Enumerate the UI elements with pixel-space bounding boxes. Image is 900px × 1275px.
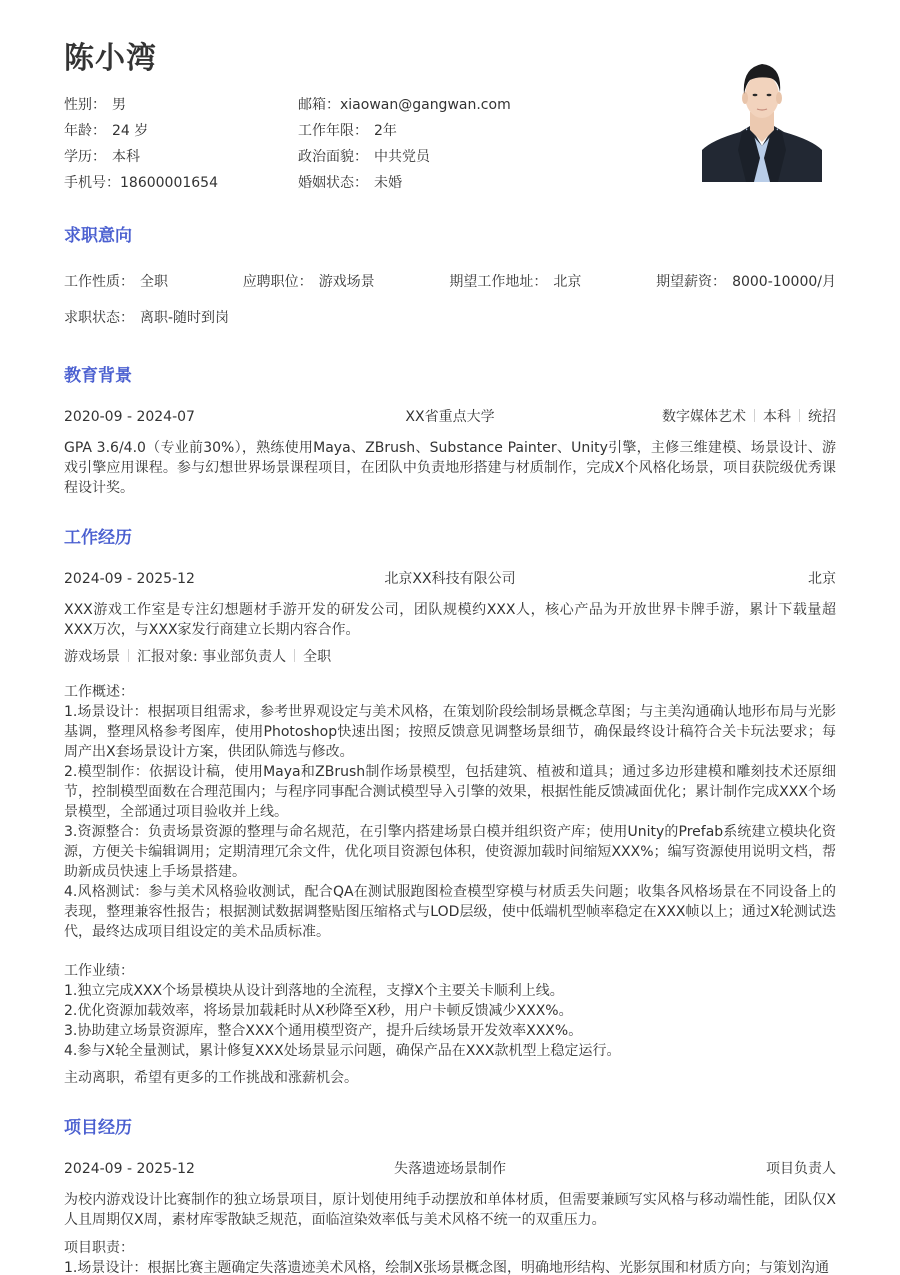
- overview-item: 1.场景设计：根据项目组需求，参考世界观设定与美术风格，在策划阶段绘制场景概念草…: [64, 702, 836, 762]
- project-name: 失落遗迹场景制作: [64, 1158, 836, 1180]
- work-tag-field: 游戏场景: [64, 649, 120, 665]
- phone-label: 手机号：: [64, 175, 120, 191]
- education-degree: 本科: [763, 409, 791, 425]
- education-tags: 数字媒体艺术本科统招: [662, 406, 836, 428]
- education-major: 数字媒体艺术: [662, 409, 746, 425]
- degree-label: 学历：: [64, 149, 106, 165]
- divider: [294, 649, 295, 662]
- work-company: 北京XX科技有限公司: [64, 568, 836, 590]
- portrait-icon: [702, 50, 822, 182]
- info-row: 年龄：24 岁 工作年限：2年: [64, 120, 584, 146]
- duties-label: 项目职责：: [64, 1238, 836, 1258]
- gender-value: 男: [112, 97, 126, 113]
- section-title-education: 教育背景: [64, 364, 132, 388]
- work-tag-type: 全职: [303, 649, 331, 665]
- political-status-label: 政治面貌：: [298, 149, 368, 165]
- work-years-value: 2年: [374, 123, 397, 139]
- overview-item: 2.模型制作：依据设计稿，使用Maya和ZBrush制作场景模型，包括建筑、植被…: [64, 762, 836, 822]
- intent-label: 应聘职位：: [243, 274, 313, 290]
- email-label: 邮箱：: [298, 97, 340, 113]
- candidate-name: 陈小湾: [64, 40, 157, 78]
- project-role: 项目负责人: [766, 1158, 836, 1180]
- work-achievements: 工作业绩： 1.独立完成XXX个场景模块从设计到落地的全流程，支撑X个主要关卡顺…: [64, 961, 836, 1061]
- education-description: GPA 3.6/4.0（专业前30%），熟练使用Maya、ZBrush、Subs…: [64, 438, 836, 498]
- job-status-value: 离职-随时到岗: [140, 310, 229, 326]
- project-header: 2024-09 - 2025-12 失落遗迹场景制作 项目负责人: [64, 1158, 836, 1180]
- achievement-item: 4.参与X轮全量测试，累计修复XXX处场景显示问题，确保产品在XXX款机型上稳定…: [64, 1041, 836, 1061]
- leave-reason: 主动离职，希望有更多的工作挑战和涨薪机会。: [64, 1068, 836, 1088]
- intent-job-type: 工作性质：全职: [64, 271, 168, 293]
- overview-item: 3.资源整合：负责场景资源的整理与命名规范，在引擎内搭建场景白模并组织资产库；使…: [64, 822, 836, 882]
- info-row: 性别：男 邮箱：xiaowan@gangwan.com: [64, 94, 584, 120]
- divider: [799, 409, 800, 422]
- work-location: 北京: [808, 568, 836, 590]
- achievement-item: 1.独立完成XXX个场景模块从设计到落地的全流程，支撑X个主要关卡顺利上线。: [64, 981, 836, 1001]
- intent-value: 北京: [553, 274, 581, 290]
- company-intro: XXX游戏工作室是专注幻想题材手游开发的研发公司，团队规模约XXX人，核心产品为…: [64, 600, 836, 640]
- section-title-job-intent: 求职意向: [64, 224, 132, 248]
- job-status-label: 求职状态：: [64, 310, 134, 326]
- work-header: 2024-09 - 2025-12 北京XX科技有限公司 北京: [64, 568, 836, 590]
- intent-position: 应聘职位：游戏场景: [243, 271, 375, 293]
- age-value: 24 岁: [112, 123, 148, 139]
- intent-label: 期望工作地址：: [449, 274, 547, 290]
- info-row: 手机号：18600001654 婚姻状态：未婚: [64, 172, 584, 198]
- intent-salary: 期望薪资：8000-10000/月: [656, 271, 836, 293]
- age-label: 年龄：: [64, 123, 106, 139]
- overview-item: 4.风格测试：参与美术风格验收测试，配合QA在测试服跑图检查模型穿模与材质丢失问…: [64, 882, 836, 942]
- political-status-value: 中共党员: [374, 149, 430, 165]
- education-enrollment: 统招: [808, 409, 836, 425]
- work-years-label: 工作年限：: [298, 123, 368, 139]
- achievement-item: 3.协助建立场景资源库，整合XXX个通用模型资产，提升后续场景开发效率XXX%。: [64, 1021, 836, 1041]
- section-title-work: 工作经历: [64, 526, 132, 550]
- intent-location: 期望工作地址：北京: [449, 271, 581, 293]
- intent-value: 8000-10000/月: [732, 274, 836, 290]
- basic-info: 性别：男 邮箱：xiaowan@gangwan.com 年龄：24 岁 工作年限…: [64, 94, 584, 198]
- work-tag-report-to: 汇报对象: 事业部负责人: [137, 649, 286, 665]
- education-header: 2020-09 - 2024-07 XX省重点大学 数字媒体艺术本科统招: [64, 406, 836, 428]
- phone-value: 18600001654: [120, 175, 218, 191]
- overview-label: 工作概述：: [64, 682, 836, 702]
- marital-status-label: 婚姻状态：: [298, 175, 368, 191]
- job-status: 求职状态：离职-随时到岗: [64, 307, 229, 329]
- intent-label: 工作性质：: [64, 274, 134, 290]
- profile-photo: [702, 50, 822, 182]
- gender-label: 性别：: [64, 97, 106, 113]
- degree-value: 本科: [112, 149, 140, 165]
- work-overview: 工作概述： 1.场景设计：根据项目组需求，参考世界观设定与美术风格，在策划阶段绘…: [64, 682, 836, 942]
- divider: [128, 649, 129, 662]
- email-value[interactable]: xiaowan@gangwan.com: [340, 97, 511, 113]
- work-tags: 游戏场景汇报对象: 事业部负责人全职: [64, 646, 331, 668]
- achievements-label: 工作业绩：: [64, 961, 836, 981]
- job-intent-row: 工作性质：全职 应聘职位：游戏场景 期望工作地址：北京 期望薪资：8000-10…: [64, 271, 836, 293]
- divider: [754, 409, 755, 422]
- section-title-project: 项目经历: [64, 1116, 132, 1140]
- duty-item: 1.场景设计：根据比赛主题确定失落遗迹美术风格，绘制X张场景概念图，明确地形结构…: [64, 1258, 836, 1275]
- project-duties: 项目职责： 1.场景设计：根据比赛主题确定失落遗迹美术风格，绘制X张场景概念图，…: [64, 1238, 836, 1275]
- intent-label: 期望薪资：: [656, 274, 726, 290]
- marital-status-value: 未婚: [374, 175, 402, 191]
- project-background: 为校内游戏设计比赛制作的独立场景项目，原计划使用纯手动摆放和单体材质，但需要兼顾…: [64, 1190, 836, 1230]
- intent-value: 游戏场景: [319, 274, 375, 290]
- info-row: 学历：本科 政治面貌：中共党员: [64, 146, 584, 172]
- achievement-item: 2.优化资源加载效率，将场景加载耗时从X秒降至X秒，用户卡顿反馈减少XXX%。: [64, 1001, 836, 1021]
- intent-value: 全职: [140, 274, 168, 290]
